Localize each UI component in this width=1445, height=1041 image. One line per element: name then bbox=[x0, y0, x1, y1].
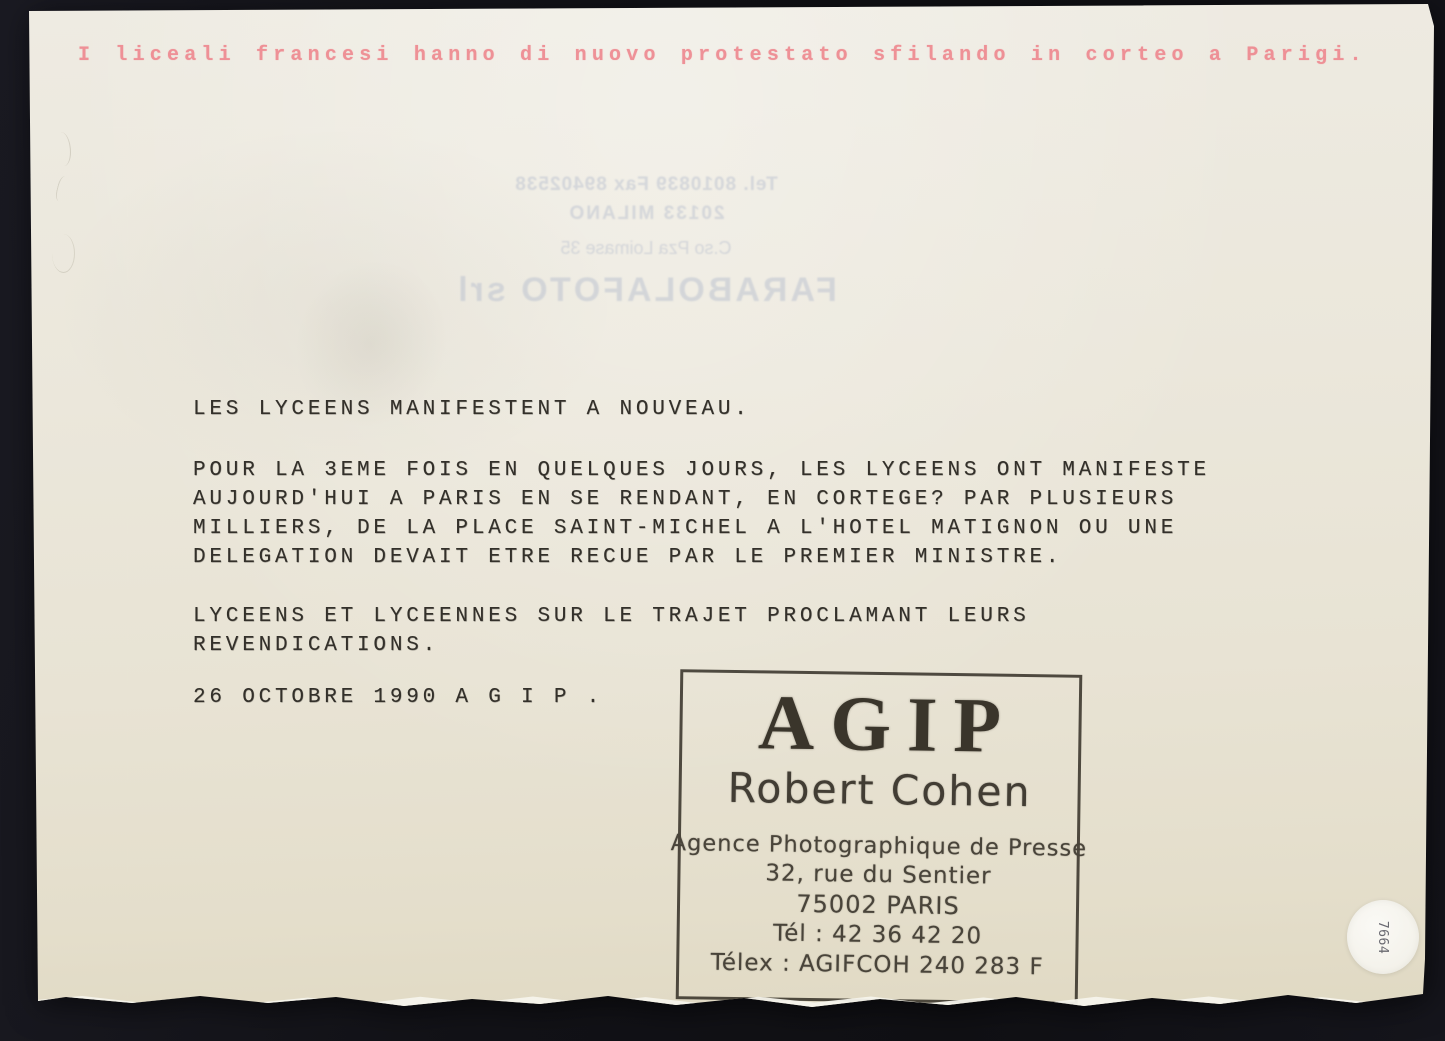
pencil-scribble bbox=[52, 234, 75, 273]
typed-line: AUJOURD'HUI A PARIS EN SE RENDANT, EN CO… bbox=[193, 485, 1210, 514]
typed-line: POUR LA 3EME FOIS EN QUELQUES JOURS, LES… bbox=[193, 456, 1210, 485]
typed-line: MILLIERS, DE LA PLACE SAINT-MICHEL A L'H… bbox=[193, 514, 1210, 543]
bleedthrough-agency-name: FARABOLAFOTO srl bbox=[386, 271, 906, 310]
agency-stamp-city: 75002 PARIS bbox=[796, 891, 960, 920]
typed-paragraph-1: POUR LA 3EME FOIS EN QUELQUES JOURS, LES… bbox=[193, 456, 1210, 572]
typed-title: LES LYCEENS MANIFESTENT A NOUVEAU. bbox=[193, 398, 751, 421]
agency-stamp: AGIP Robert Cohen Agence Photographique … bbox=[676, 669, 1083, 1005]
agency-stamp-telex: Télex : AGIFCOH 240 283 F bbox=[711, 950, 1044, 982]
typed-date-line: 26 OCTOBRE 1990 A G I P . bbox=[193, 686, 603, 709]
pencil-scribble bbox=[54, 132, 71, 166]
archive-sticker: 7664 bbox=[1347, 900, 1419, 974]
typed-line: LYCEENS ET LYCEENNES SUR LE TRAJET PROCL… bbox=[193, 602, 1030, 631]
bleedthrough-agency-stamp: Tel. 8010839 Fax 89402538 20133 MILANO C… bbox=[386, 174, 906, 310]
bleedthrough-city-line: 20133 MILANO bbox=[386, 203, 906, 225]
typed-line: DELEGATION DEVAIT ETRE RECUE PAR LE PREM… bbox=[193, 543, 1210, 572]
pencil-scribble bbox=[54, 175, 71, 203]
agency-stamp-address: 32, rue du Sentier bbox=[765, 860, 992, 890]
archive-sticker-number: 7664 bbox=[1376, 920, 1391, 953]
photo-paper: I liceali francesi hanno di nuovo protes… bbox=[26, 4, 1434, 1008]
agency-stamp-name: AGIP bbox=[744, 687, 1018, 761]
agency-stamp-subtitle: Agence Photographique de Presse bbox=[671, 830, 1088, 862]
bleedthrough-address-line: C.so Pza Loimase 35 bbox=[386, 238, 906, 259]
agency-stamp-owner: Robert Cohen bbox=[727, 765, 1031, 815]
red-typed-caption: I liceali francesi hanno di nuovo protes… bbox=[78, 44, 1367, 67]
bleedthrough-phone-line: Tel. 8010839 Fax 89402538 bbox=[386, 174, 906, 196]
typed-paragraph-2: LYCEENS ET LYCEENNES SUR LE TRAJET PROCL… bbox=[193, 602, 1030, 660]
agency-stamp-phone: Tél : 42 36 42 20 bbox=[773, 921, 982, 951]
photo-back-scan: I liceali francesi hanno di nuovo protes… bbox=[0, 0, 1445, 1041]
typed-line: REVENDICATIONS. bbox=[193, 631, 1030, 660]
